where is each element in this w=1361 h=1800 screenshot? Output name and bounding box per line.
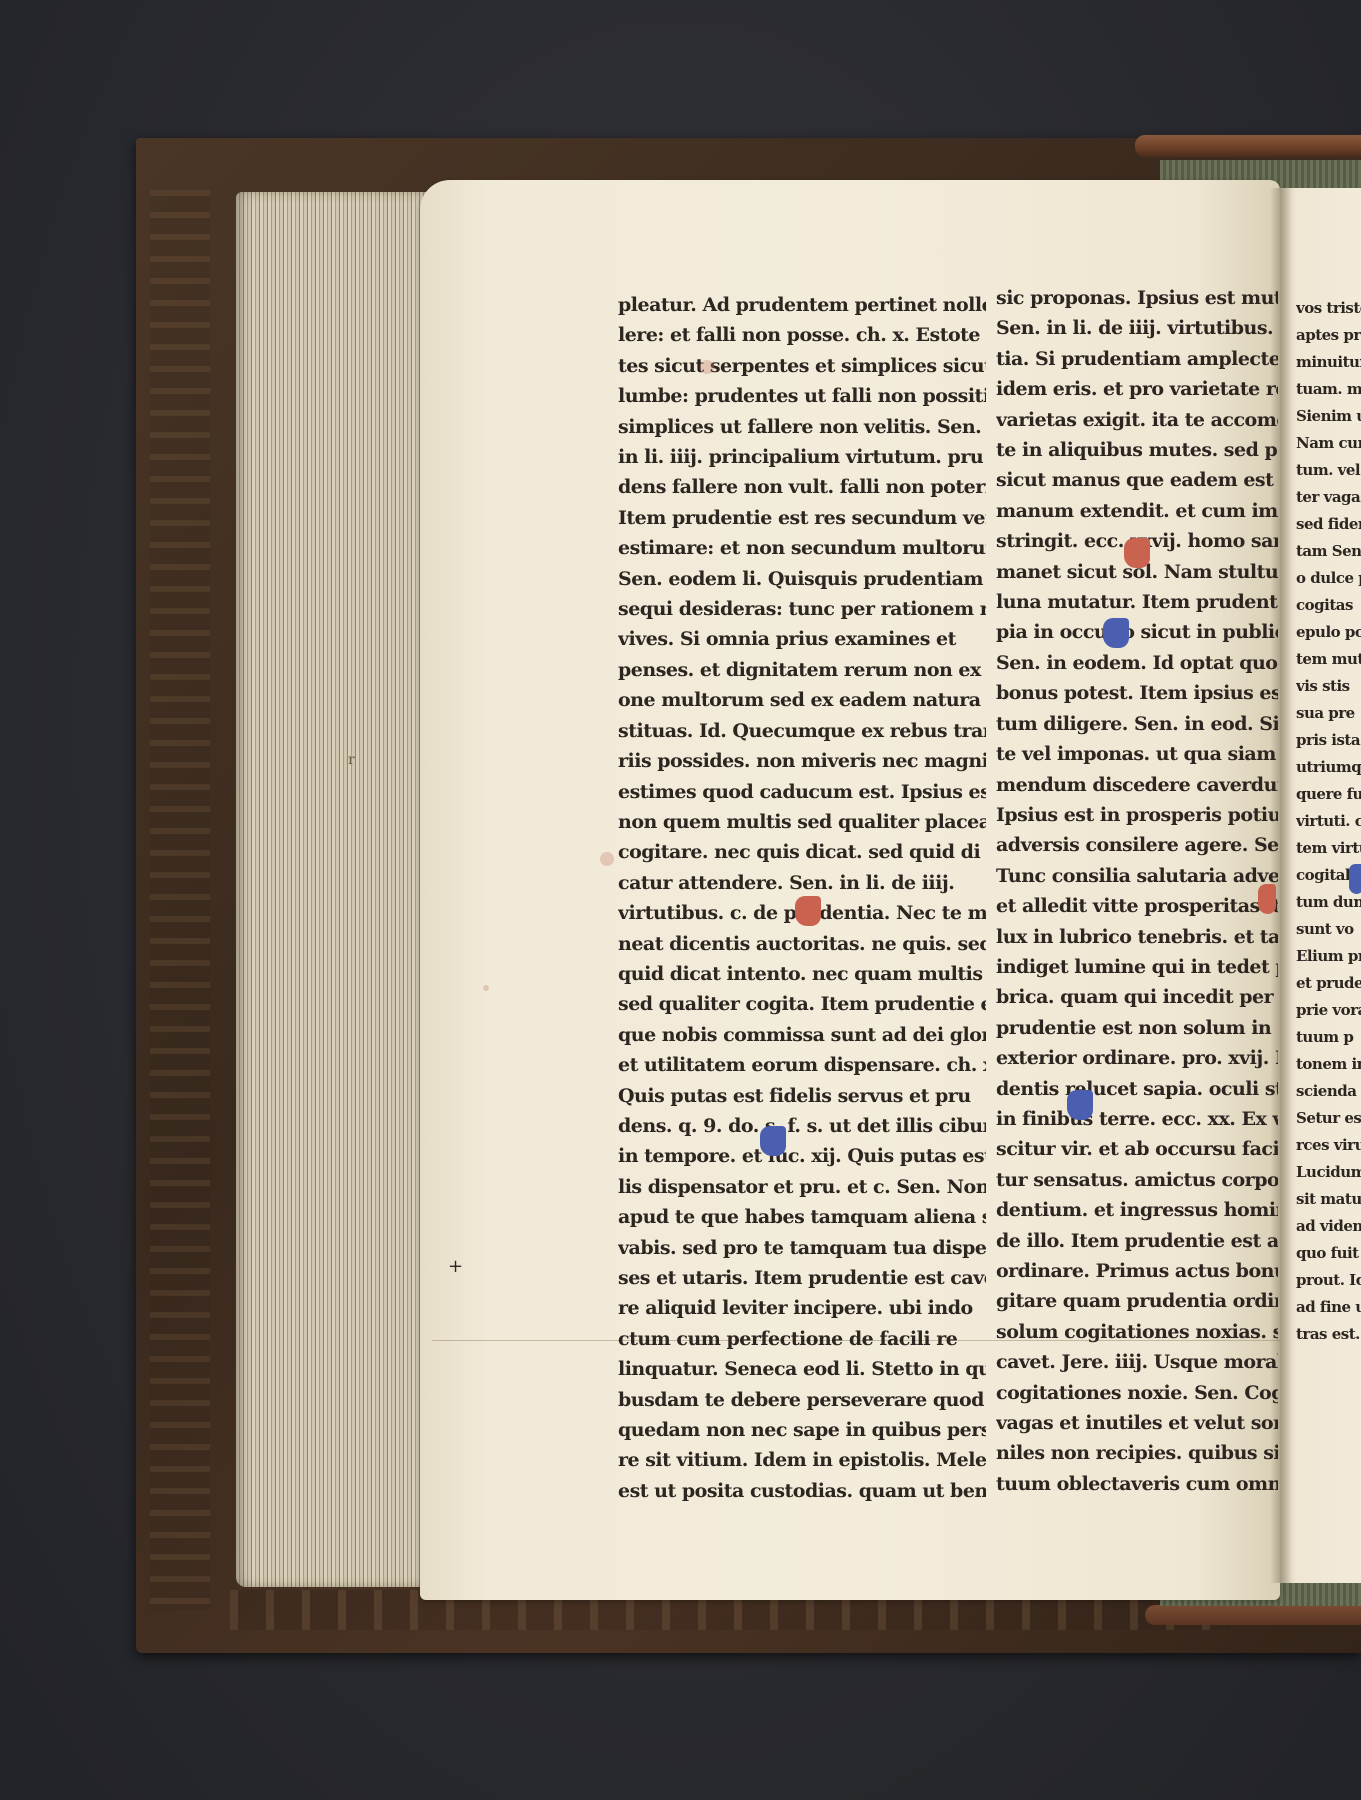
text-line: scitur vir. et ab occursu facie cogno <box>996 1134 1278 1164</box>
text-line: sua pre <box>1296 700 1361 727</box>
text-line: riis possides. non miveris nec magni <box>618 746 986 776</box>
text-line: varietas exigit. ita te accomodes in <box>996 405 1278 435</box>
text-line: sed fidem <box>1296 511 1361 538</box>
text-line: sic proponas. Ipsius est mutabilitatem c… <box>996 283 1278 313</box>
text-line: ordinare. Primus actus bonus est <box>996 1256 1278 1286</box>
text-line: que nobis commissa sunt ad dei gloriam <box>618 1020 986 1050</box>
text-line: tem virtu <box>1296 835 1361 862</box>
text-line: exterior ordinare. pro. xvij. In facie p… <box>996 1043 1278 1073</box>
text-line: dentis relucet sapia. oculi stultorum <box>996 1074 1278 1104</box>
text-line: Elium pr <box>1296 943 1361 970</box>
text-line: et alledit vitte prosperitas. tunc te <box>996 891 1278 921</box>
text-line: utriumque <box>1296 754 1361 781</box>
text-line: simplices ut fallere non velitis. Sen. <box>618 412 986 442</box>
blue-paragraph-initial <box>1067 1090 1093 1120</box>
text-line: quid dicat intento. nec quam multis <box>618 959 986 989</box>
text-line: re aliquid leviter incipere. ubi indo <box>618 1293 986 1323</box>
text-line: dentium. et ingressus hominis enunt <box>996 1195 1278 1225</box>
text-line: aptes pru <box>1296 322 1361 349</box>
text-line: lere: et falli non posse. ch. x. Estote … <box>618 320 986 350</box>
text-line: sicut manus que eadem est et cum <box>996 465 1278 495</box>
red-paragraph-initial <box>1124 538 1150 568</box>
text-line: tuum oblectaveris cum omnia dis <box>996 1469 1278 1499</box>
text-line: Lucidum <box>1296 1159 1361 1186</box>
text-line: tras est. al <box>1296 1321 1361 1348</box>
text-line: quere fuc <box>1296 781 1361 808</box>
text-line: tur sensatus. amictus corporis et ri <box>996 1165 1278 1195</box>
text-line: vabis. sed pro te tamquam tua dispen <box>618 1233 986 1263</box>
text-line: lumbe: prudentes ut falli non possitis, <box>618 381 986 411</box>
text-line: cogitare. nec quis dicat. sed quid di <box>618 837 986 867</box>
text-line: vagas et inutiles et velut somnia <box>996 1408 1278 1438</box>
text-line: ses et utaris. Item prudentie est cave <box>618 1263 986 1293</box>
text-line: dens. q. 9. do. s. f. s. ut det illis ci… <box>618 1111 986 1141</box>
text-line: o dulce per <box>1296 565 1361 592</box>
text-line: pris ista <box>1296 727 1361 754</box>
text-line: ad fine us <box>1296 1294 1361 1321</box>
text-line: tum diligere. Sen. in eod. Sic alia <box>996 709 1278 739</box>
text-line: catur attendere. Sen. in li. de iiij. <box>618 868 986 898</box>
text-line: dens fallere non vult. falli non poterit… <box>618 472 986 502</box>
text-line: Quis putas est fidelis servus et pru <box>618 1081 986 1111</box>
page-edges-stack <box>236 192 431 1587</box>
text-line: solum cogitationes noxias. sed <box>996 1317 1278 1347</box>
red-paragraph-initial <box>795 896 821 926</box>
text-line: in li. iiij. principalium virtutum. pru <box>618 442 986 472</box>
text-line: sunt vo <box>1296 916 1361 943</box>
blind-tooled-border-left <box>150 190 210 1610</box>
text-line: tam Sen. Ji <box>1296 538 1361 565</box>
text-line: prie vora <box>1296 997 1361 1024</box>
text-line: minuitum <box>1296 349 1361 376</box>
text-line: non quem multis sed qualiter placeas <box>618 807 986 837</box>
text-line: quedam non nec sape in quibus perseveria <box>618 1415 986 1445</box>
parchment-stain <box>700 360 714 374</box>
text-line: gitare quam prudentia ordinat. non <box>996 1286 1278 1316</box>
red-paragraph-initial <box>1258 884 1276 914</box>
text-line: indiget lumine qui in tedet p lo <box>996 952 1278 982</box>
text-line: Nam cum co <box>1296 430 1361 457</box>
text-line: tes sicut serpentes et simplices sicut c… <box>618 351 986 381</box>
text-line: estimare: et non secundum multorum opini… <box>618 533 986 563</box>
text-line: et utilitatem eorum dispensare. ch. xxii… <box>618 1050 986 1080</box>
text-line: mendum discedere caverdum <box>996 770 1278 800</box>
clasp-strap-top <box>1135 135 1361 157</box>
parchment-stain <box>600 852 614 866</box>
text-line: Sen. in li. de iiij. virtutibus. c. de p… <box>996 313 1278 343</box>
clasp-strap-bottom <box>1145 1605 1361 1625</box>
text-line: tum dum <box>1296 889 1361 916</box>
text-line: est ut posita custodias. quam ut bene <box>618 1476 986 1506</box>
page-edge-mark: r <box>348 752 355 768</box>
text-line: neat dicentis auctoritas. ne quis. sed <box>618 929 986 959</box>
text-line: Tunc consilia salutaria adveniunt <box>996 861 1278 891</box>
text-line: lux in lubrico tenebris. et talis <box>996 922 1278 952</box>
text-line: cavet. Jere. iiij. Usque morabuntur <box>996 1347 1278 1377</box>
text-line: quo fuit <box>1296 1240 1361 1267</box>
text-line: manum extendit. et cum impugna <box>996 496 1278 526</box>
text-line: vives. Si omnia prius examines et <box>618 624 986 654</box>
text-line: in finibus terre. ecc. xx. Ex vultu cogn… <box>996 1104 1278 1134</box>
marginal-cross-mark: + <box>448 1256 463 1277</box>
text-line: cogitas <box>1296 592 1361 619</box>
text-line: de illo. Item prudentie est actus <box>996 1226 1278 1256</box>
blue-paragraph-initial <box>760 1126 786 1156</box>
text-line: sequi desideras: tunc per rationem recte <box>618 594 986 624</box>
text-line: in tempore. et luc. xij. Quis putas est … <box>618 1141 986 1171</box>
text-line: scienda <box>1296 1078 1361 1105</box>
text-line: tonem im <box>1296 1051 1361 1078</box>
text-line: cogitationes noxie. Sen. Cogitatio <box>996 1378 1278 1408</box>
text-line: tuam. mem <box>1296 376 1361 403</box>
text-line: busdam te debere perseverare quod cepist… <box>618 1385 986 1415</box>
blue-paragraph-initial <box>1103 618 1129 648</box>
text-line: adversis consilere agere. Sen. in li <box>996 830 1278 860</box>
parchment-stain <box>483 985 489 991</box>
text-line: Ipsius est in prosperis potius quam <box>996 800 1278 830</box>
text-line: ctum cum perfectione de facili re <box>618 1324 986 1354</box>
text-line: brica. quam qui incedit per arida. <box>996 982 1278 1012</box>
text-line: vis stis <box>1296 673 1361 700</box>
text-line: Sen. eodem li. Quisquis prudentiam <box>618 564 986 594</box>
text-line: niles non recipies. quibus si animum <box>996 1438 1278 1468</box>
text-line: one multorum sed ex eadem natura con <box>618 685 986 715</box>
text-line: Sen. in eodem. Id optat quod optare <box>996 648 1278 678</box>
text-line: Sienim um <box>1296 403 1361 430</box>
text-line: tum. vel m <box>1296 457 1361 484</box>
text-line: Item prudentie est res secundum veritate… <box>618 503 986 533</box>
text-line: epulo post. <box>1296 619 1361 646</box>
text-line: te vel imponas. ut qua siam ve <box>996 739 1278 769</box>
text-line: tia. Si prudentiam amplecteris ubi <box>996 344 1278 374</box>
text-column-c-partial: vos tristesaptes pruminuitumtuam. memSie… <box>1296 295 1361 1348</box>
text-line: sit matura <box>1296 1186 1361 1213</box>
text-line: virtuti. c. <box>1296 808 1361 835</box>
text-line: ter vagas <box>1296 484 1361 511</box>
text-line: ad videndum <box>1296 1213 1361 1240</box>
text-line: tuum p <box>1296 1024 1361 1051</box>
text-line: idem eris. et pro varietate rerum tempo <box>996 374 1278 404</box>
text-line: te in aliquibus mutes. sed potius sic <box>996 435 1278 465</box>
text-line: bonus potest. Item ipsius est studium <box>996 678 1278 708</box>
text-line: prout. Iden <box>1296 1267 1361 1294</box>
text-line: re sit vitium. Idem in epistolis. Mele <box>618 1445 986 1475</box>
text-line: luna mutatur. Item prudentie est ut <box>996 587 1278 617</box>
text-line: Setur est p <box>1296 1105 1361 1132</box>
text-line: penses. et dignitatem rerum non ex opini <box>618 655 986 685</box>
text-line: apud te que habes tamquam aliena ser <box>618 1202 986 1232</box>
text-line: vos tristes <box>1296 295 1361 322</box>
text-line: stituas. Id. Quecumque ex rebus transito <box>618 716 986 746</box>
text-line: rces virum <box>1296 1132 1361 1159</box>
text-line: linquatur. Seneca eod li. Stetto in qui <box>618 1354 986 1384</box>
text-column-b: sic proponas. Ipsius est mutabilitatem c… <box>996 283 1278 1499</box>
text-line: lis dispensator et pru. et c. Sen. Non <box>618 1172 986 1202</box>
blue-paragraph-initial <box>1349 864 1361 894</box>
text-line: estimes quod caducum est. Ipsius est <box>618 777 986 807</box>
text-line: tem mutus <box>1296 646 1361 673</box>
text-line: pia in occulto sicut in publico caveat <box>996 617 1278 647</box>
text-line: sed qualiter cogita. Item prudentie est <box>618 989 986 1019</box>
text-line: prudentie est non solum in sua <box>996 1013 1278 1043</box>
text-line: pleatur. Ad prudentem pertinet nolle fal <box>618 290 986 320</box>
text-line: et prudes <box>1296 970 1361 997</box>
